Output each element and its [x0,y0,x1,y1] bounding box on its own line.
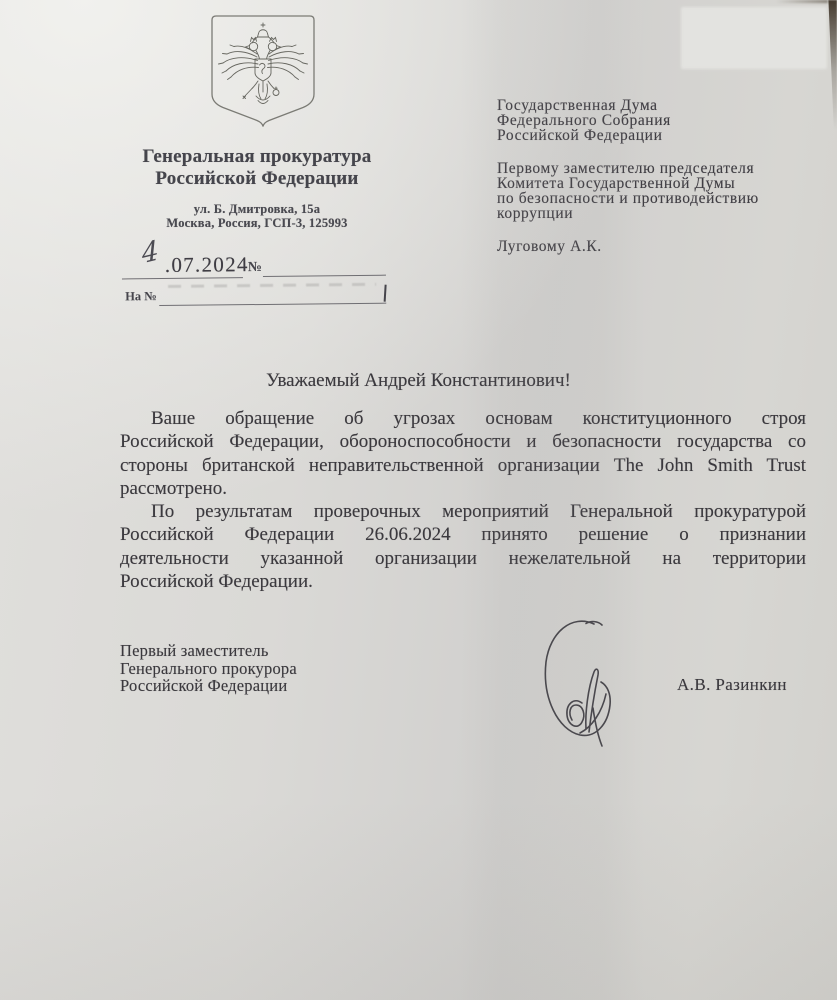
body-line: стороны британской неправительственной о… [120,454,806,477]
date-value: .07.2024 [165,252,249,278]
letterhead: Генеральная прокуратура Российской Федер… [126,146,388,230]
recipient-position-line: коррупции [497,207,827,222]
signoff-position-line: Первый заместитель [120,642,297,660]
signoff-position-line: Генерального прокурора [120,660,297,678]
redacted-number-dashes [168,283,376,288]
body-line: деятельности указанной организации нежел… [120,547,806,570]
body-line: По результатам проверочных мероприятий Г… [120,500,806,523]
recipient-block: Государственная Дума Федерального Собран… [497,99,827,254]
signature-icon [538,610,656,752]
photo-edge-shadow [776,0,828,3]
pen-tick-mark [384,285,387,302]
letterhead-org-line: Российской Федерации [126,168,388,190]
photo-corner-shadow [826,0,837,138]
letterhead-org-line: Генеральная прокуратура [126,146,388,168]
date-line: 4 .07.2024 № На № [120,239,401,322]
handwritten-day: 4 [141,237,160,268]
letterhead-address-line: Москва, Россия, ГСП-3, 125993 [126,217,388,231]
body-line: Российской Федерации. [120,570,806,593]
number-underline [263,275,386,278]
redaction-box [681,7,827,69]
body-line: Ваше обращение об угрозах основам консти… [120,407,806,430]
body-line: Российской Федерации, обороноспособности… [120,430,806,453]
reference-underline [159,303,386,307]
coat-of-arms-icon [203,12,323,129]
reference-number-label: На № [125,289,157,304]
recipient-name: Луговому А.К. [497,240,827,255]
number-sign-label: № [248,260,262,276]
signoff-position-line: Российской Федерации [120,677,297,695]
recipient-org-line: Российской Федерации [497,129,827,144]
letterhead-address-line: ул. Б. Дмитровка, 15а [126,203,388,217]
signoff-position: Первый заместитель Генерального прокурор… [120,642,297,695]
body-line: рассмотрено. [120,477,806,500]
salutation: Уважаемый Андрей Константинович! [0,370,837,392]
signoff-name: А.В. Разинкин [677,675,787,695]
document-photo: Генеральная прокуратура Российской Федер… [0,0,837,1000]
date-underline [122,277,243,280]
body-line: Российской Федерации 26.06.2024 принято … [120,523,806,546]
letter-body: Ваше обращение об угрозах основам консти… [120,407,806,593]
